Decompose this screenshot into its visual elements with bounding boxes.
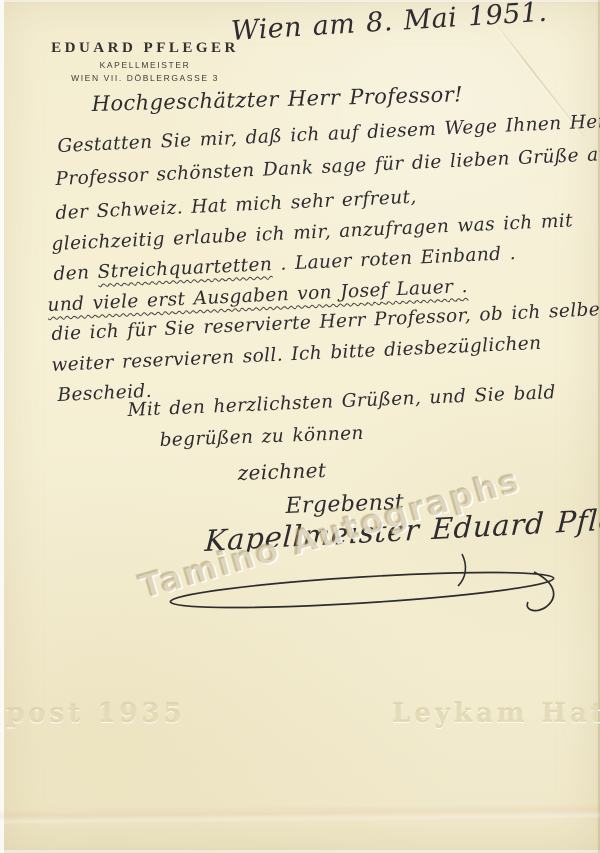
- papermaker-watermark-left: post 1935: [6, 699, 186, 729]
- underlined-phrase: Streichquartetten: [97, 254, 272, 283]
- signature-flourish: [162, 552, 582, 632]
- paper-crease-bottom: [0, 803, 600, 825]
- closing-line: zeichnet: [237, 458, 327, 485]
- body-line: der Schweiz. Hat mich sehr erfreut,: [55, 187, 417, 224]
- letter-scan-page: EDUARD PFLEGER KAPELLMEISTER WIEN VII. D…: [0, 0, 600, 853]
- body-line-text: der Schweiz. Hat mich sehr erfreut,: [55, 187, 417, 224]
- letterhead-address: WIEN VII. DÖBLERGASSE 3: [40, 73, 250, 83]
- handwritten-date: Wien am 8. Mai 1951.: [230, 0, 548, 47]
- letterhead-block: EDUARD PFLEGER KAPELLMEISTER WIEN VII. D…: [40, 40, 250, 83]
- body-line-text: den: [53, 262, 98, 285]
- salutation-line: Hochgeschätzter Herr Professor!: [91, 82, 463, 116]
- closing-line: begrüßen zu können: [159, 423, 364, 451]
- scan-edge-left: [0, 0, 4, 853]
- letterhead-title: KAPELLMEISTER: [40, 60, 250, 70]
- body-line-text: . Lauer roten Einband .: [272, 243, 517, 275]
- closing-line: Mit den herzlichsten Grüßen, und Sie bal…: [127, 382, 556, 421]
- letterhead-name: EDUARD PFLEGER: [40, 40, 250, 57]
- papermaker-watermark-right: Leykam Hat: [392, 699, 600, 729]
